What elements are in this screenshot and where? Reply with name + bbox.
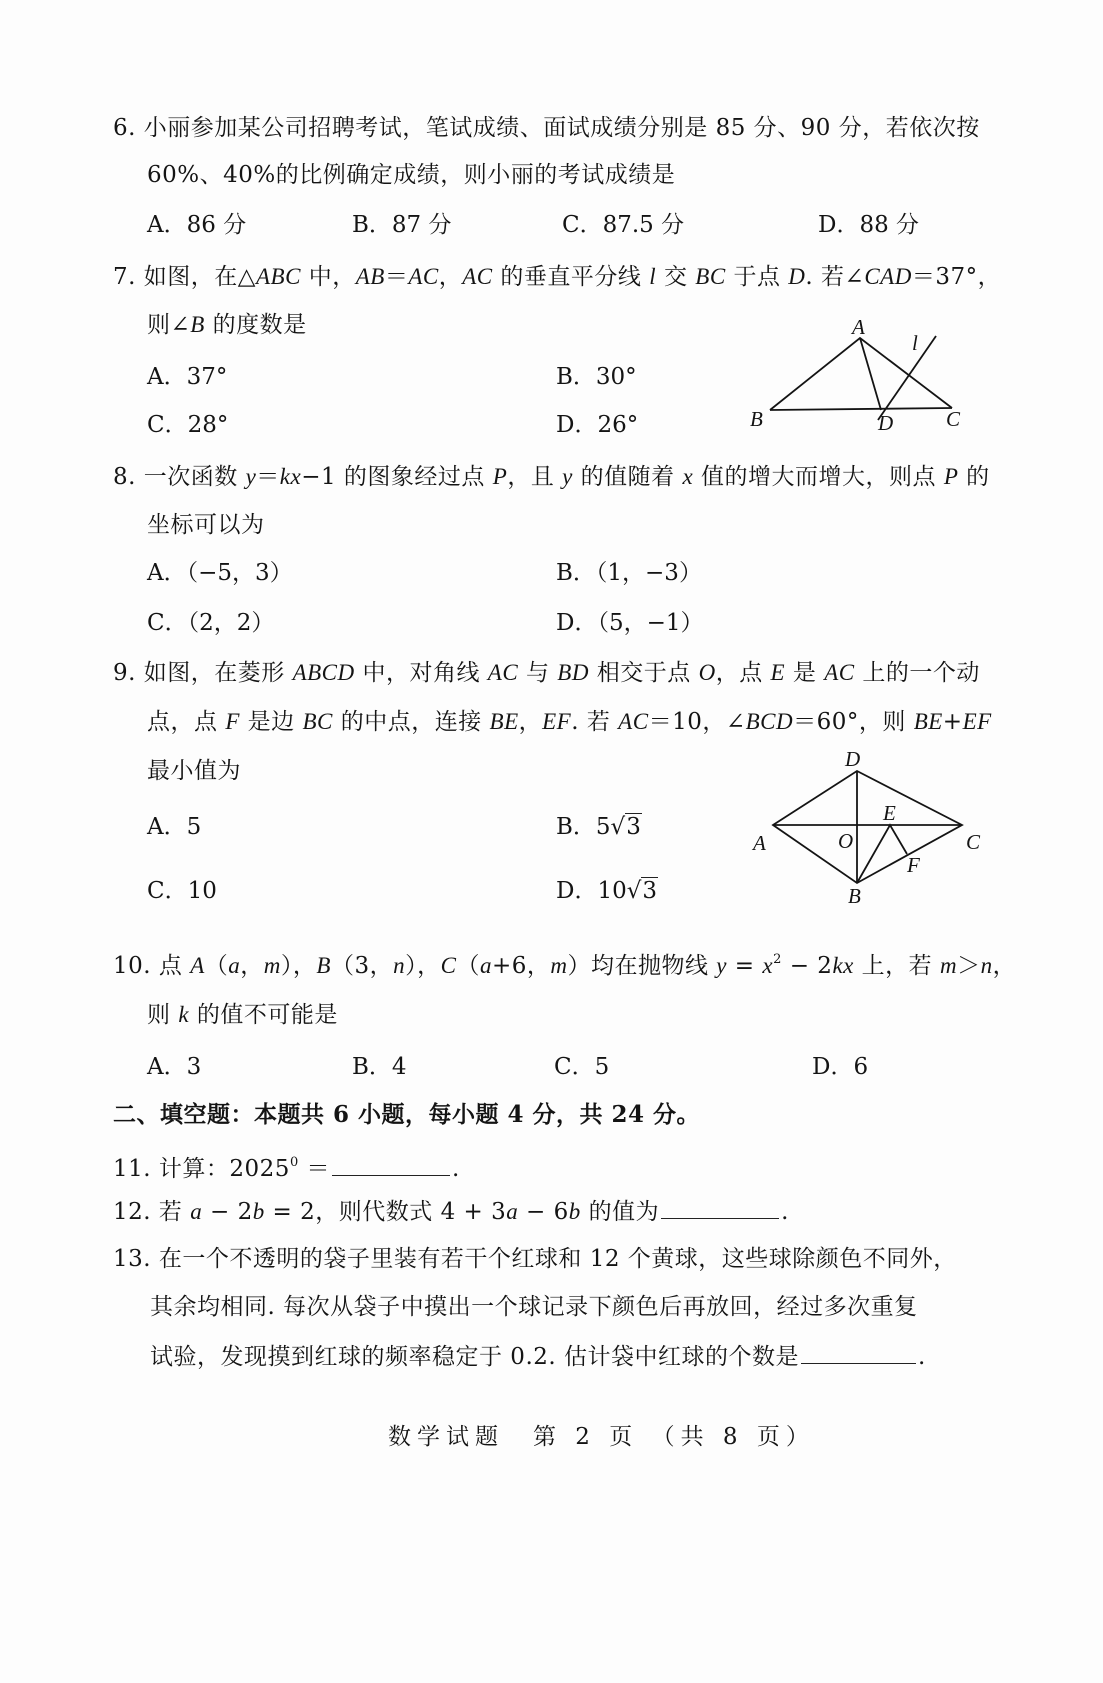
question-text: + bbox=[943, 709, 963, 735]
q9-option-c[interactable]: C．10 bbox=[147, 876, 217, 906]
math-var: AC bbox=[462, 264, 492, 289]
segments-be-ef bbox=[857, 825, 907, 883]
sqrt-symbol: √3 bbox=[611, 812, 642, 842]
question-text: 60%、40%的比例确定成绩，则小丽的考试成绩是 bbox=[147, 162, 675, 188]
question-text: 的中点，连接 bbox=[333, 709, 490, 735]
option-text: （1，−3） bbox=[596, 560, 702, 586]
answer-blank[interactable] bbox=[801, 1341, 916, 1364]
question-text: 的值随着 bbox=[573, 464, 683, 490]
option-label: A． bbox=[147, 364, 187, 390]
option-coefficient: 10 bbox=[597, 878, 626, 904]
option-text: 30° bbox=[596, 364, 637, 390]
math-var: P bbox=[493, 464, 508, 489]
question-text: ＝37°， bbox=[912, 264, 1001, 290]
q10-option-b[interactable]: B．4 bbox=[352, 1052, 407, 1082]
option-label: C． bbox=[147, 610, 188, 636]
triangle-sides-ab-ac bbox=[770, 338, 952, 410]
question-text: 则∠ bbox=[147, 312, 190, 338]
option-text: （−5，3） bbox=[187, 560, 293, 586]
math-var: BCD bbox=[746, 709, 794, 734]
question-number: 13. bbox=[113, 1246, 151, 1272]
q13-line1: 13. 在一个不透明的袋子里装有若干个红球和 12 个黄球，这些球除颜色不同外， bbox=[113, 1244, 957, 1274]
option-label: A． bbox=[147, 1054, 187, 1080]
math-var: B bbox=[190, 312, 205, 337]
question-text: − 2 bbox=[782, 953, 833, 979]
exponent: 0 bbox=[290, 1155, 299, 1170]
radicand: 3 bbox=[625, 813, 642, 840]
question-text: 最小值为 bbox=[147, 758, 241, 784]
q7-line2: 则∠B 的度数是 bbox=[147, 310, 307, 340]
math-var: y bbox=[246, 464, 257, 489]
math-var: b bbox=[253, 1199, 265, 1224]
option-label: A． bbox=[147, 814, 187, 840]
label-c: C bbox=[946, 407, 961, 431]
q8-line1: 8. 一次函数 y＝kx−1 的图象经过点 P，且 y 的值随着 x 值的增大而… bbox=[113, 462, 990, 492]
option-label: A． bbox=[147, 560, 187, 586]
question-text: − 2 bbox=[202, 1199, 253, 1225]
question-text: ＞ bbox=[957, 953, 981, 979]
label-l: l bbox=[912, 331, 918, 355]
question-text: ）， bbox=[405, 953, 441, 979]
question-text: . 若∠ bbox=[805, 264, 864, 290]
question-text: −1 的图象经过点 bbox=[301, 464, 493, 490]
math-var: BD bbox=[557, 660, 589, 685]
question-text: − 6 bbox=[518, 1199, 569, 1225]
question-text: 交 bbox=[656, 264, 695, 290]
question-text: 点 bbox=[159, 953, 190, 979]
label-f: F bbox=[906, 853, 920, 877]
math-var: P bbox=[944, 464, 959, 489]
question-text: +6， bbox=[492, 953, 550, 979]
question-number: 8. bbox=[113, 464, 136, 490]
option-label: C． bbox=[562, 212, 603, 238]
math-var: D bbox=[788, 264, 805, 289]
math-var: ABC bbox=[256, 264, 301, 289]
question-text: （ bbox=[205, 953, 229, 979]
question-text: ， bbox=[519, 709, 543, 735]
q9-option-a[interactable]: A．5 bbox=[147, 812, 201, 842]
math-var: BC bbox=[303, 709, 333, 734]
math-var: m bbox=[550, 953, 567, 978]
segment-ad bbox=[860, 338, 881, 410]
q9-line1: 9. 如图，在菱形 ABCD 中，对角线 AC 与 BD 相交于点 O，点 E … bbox=[113, 658, 980, 688]
math-var: AC bbox=[488, 660, 518, 685]
question-text: 相交于点 bbox=[589, 660, 699, 686]
question-text: 坐标可以为 bbox=[147, 512, 265, 538]
question-text: 点，点 bbox=[147, 709, 225, 735]
q9-line3: 最小值为 bbox=[147, 756, 241, 786]
option-label: B． bbox=[352, 1054, 392, 1080]
label-a: A bbox=[850, 315, 865, 339]
math-var: m bbox=[264, 953, 281, 978]
option-text: （5，−1） bbox=[597, 610, 703, 636]
q8-option-c[interactable]: C．（2，2） bbox=[147, 608, 274, 638]
option-label: D． bbox=[556, 610, 597, 636]
question-text: . bbox=[781, 1199, 789, 1225]
question-text: ，点 bbox=[716, 660, 771, 686]
math-var: a bbox=[480, 953, 492, 978]
option-text: 88 分 bbox=[859, 212, 919, 238]
q10-line1: 10. 点 A（a，m），B（3，n），C（a+6，m）均在抛物线 y = x2… bbox=[113, 945, 1016, 981]
math-var: kx bbox=[280, 464, 301, 489]
math-var: CAD bbox=[864, 264, 912, 289]
q7-triangle-figure: A B C D l bbox=[740, 320, 970, 430]
question-number: 9. bbox=[113, 660, 136, 686]
question-number: 12. bbox=[113, 1199, 151, 1225]
q6-option-a[interactable]: A．86 分 bbox=[147, 210, 246, 240]
q6-option-b[interactable]: B．87 分 bbox=[352, 210, 451, 240]
question-text: ＝10，∠ bbox=[649, 709, 746, 735]
q7-option-b[interactable]: B．30° bbox=[556, 362, 637, 392]
math-var: O bbox=[699, 660, 716, 685]
option-text: 37° bbox=[187, 364, 228, 390]
math-var: EF bbox=[542, 709, 571, 734]
q13-line2: 其余均相同. 每次从袋子中摸出一个球记录下颜色后再放回，经过多次重复 bbox=[150, 1292, 918, 1322]
question-text: 其余均相同. 每次从袋子中摸出一个球记录下颜色后再放回，经过多次重复 bbox=[150, 1294, 918, 1320]
q11-line: 11. 计算：20250 ＝. bbox=[113, 1148, 460, 1184]
math-var: C bbox=[441, 953, 457, 978]
math-var: n bbox=[981, 953, 993, 978]
option-label: B． bbox=[556, 364, 596, 390]
math-var: ABCD bbox=[293, 660, 355, 685]
option-label: D． bbox=[556, 878, 597, 904]
q10-line2: 则 k 的值不可能是 bbox=[147, 1000, 338, 1030]
question-text: ，且 bbox=[507, 464, 562, 490]
math-var: AC bbox=[824, 660, 854, 685]
question-text: ）均在抛物线 bbox=[567, 953, 716, 979]
q7-option-a[interactable]: A．37° bbox=[147, 362, 227, 392]
label-b: B bbox=[750, 407, 763, 431]
question-text: . 若 bbox=[571, 709, 618, 735]
question-text: 则 bbox=[147, 1002, 178, 1028]
q10-option-d[interactable]: D．6 bbox=[812, 1052, 868, 1082]
q8-option-d[interactable]: D．（5，−1） bbox=[556, 608, 704, 638]
question-text: 的 bbox=[958, 464, 989, 490]
q8-option-b[interactable]: B．（1，−3） bbox=[556, 558, 702, 588]
q10-option-c[interactable]: C．5 bbox=[554, 1052, 609, 1082]
math-var: m bbox=[940, 953, 957, 978]
question-text: 的垂直平分线 bbox=[493, 264, 650, 290]
option-text: 87.5 分 bbox=[603, 212, 685, 238]
math-var: AC bbox=[408, 264, 438, 289]
q6-line1: 6. 小丽参加某公司招聘考试，笔试成绩、面试成绩分别是 85 分、90 分，若依… bbox=[113, 113, 980, 143]
math-var: n bbox=[393, 953, 405, 978]
question-text: （ bbox=[456, 953, 480, 979]
option-text: 86 分 bbox=[187, 212, 247, 238]
math-var: EF bbox=[963, 709, 992, 734]
math-var: k bbox=[178, 1002, 189, 1027]
question-number: 6. bbox=[113, 115, 136, 141]
option-text: 3 bbox=[187, 1054, 202, 1080]
label-a: A bbox=[751, 831, 766, 855]
side-bc bbox=[770, 408, 952, 410]
question-text: ＝ bbox=[256, 464, 280, 490]
label-o: O bbox=[838, 829, 853, 853]
question-text: 值的增大而增大，则点 bbox=[693, 464, 944, 490]
option-text: 87 分 bbox=[392, 212, 452, 238]
question-text: 若 bbox=[159, 1199, 190, 1225]
q9-rhombus-figure: D A C O E F B bbox=[755, 758, 975, 908]
question-text: 计算：2025 bbox=[159, 1156, 290, 1182]
question-text: . bbox=[918, 1344, 926, 1370]
q8-option-a[interactable]: A．（−5，3） bbox=[147, 558, 293, 588]
answer-blank[interactable] bbox=[332, 1153, 450, 1176]
option-text: （2，2） bbox=[188, 610, 275, 636]
label-c: C bbox=[966, 830, 981, 854]
math-var: BE bbox=[490, 709, 519, 734]
math-var: AC bbox=[618, 709, 648, 734]
option-label: A． bbox=[147, 212, 187, 238]
option-label: B． bbox=[556, 814, 596, 840]
option-label: C． bbox=[554, 1054, 595, 1080]
math-var: x bbox=[762, 953, 773, 978]
option-label: D． bbox=[556, 412, 597, 438]
option-text: 5 bbox=[595, 1054, 610, 1080]
label-d: D bbox=[844, 747, 860, 771]
question-text: 如图，在菱形 bbox=[144, 660, 293, 686]
math-var: a bbox=[190, 1199, 202, 1224]
question-text: ＝ bbox=[385, 264, 409, 290]
question-text: ， bbox=[439, 264, 463, 290]
label-b: B bbox=[848, 884, 861, 908]
question-text: 试验，发现摸到红球的频率稳定于 0.2. 估计袋中红球的个数是 bbox=[150, 1344, 799, 1370]
q7-option-d[interactable]: D．26° bbox=[556, 410, 638, 440]
label-d: D bbox=[877, 411, 893, 435]
math-var: y bbox=[716, 953, 727, 978]
question-text: 于点 bbox=[726, 264, 789, 290]
math-var: AB bbox=[356, 264, 385, 289]
question-text: （3， bbox=[331, 953, 393, 979]
math-var: kx bbox=[832, 953, 853, 978]
q13-line3: 试验，发现摸到红球的频率稳定于 0.2. 估计袋中红球的个数是. bbox=[150, 1341, 926, 1372]
question-text: ， bbox=[993, 953, 1017, 979]
question-text: 中， bbox=[301, 264, 356, 290]
question-text: 如图，在△ bbox=[144, 264, 256, 290]
math-var: b bbox=[569, 1199, 581, 1224]
question-number: 10. bbox=[113, 953, 151, 979]
radicand: 3 bbox=[641, 877, 658, 904]
section-heading-fill-in-the-blank: 二、填空题：本题共 6 小题，每小题 4 分，共 24 分。 bbox=[113, 1100, 700, 1130]
page-footer: 数学试题 第 2 页 （共 8 页） bbox=[388, 1418, 815, 1451]
math-var: BE bbox=[914, 709, 943, 734]
question-text: 中，对角线 bbox=[355, 660, 488, 686]
question-text: ＝ bbox=[299, 1156, 330, 1182]
question-text: ）， bbox=[281, 953, 317, 979]
option-text: 5 bbox=[187, 814, 202, 840]
option-label: C． bbox=[147, 412, 188, 438]
math-var: a bbox=[228, 953, 240, 978]
math-var: y bbox=[562, 464, 573, 489]
option-label: D． bbox=[818, 212, 859, 238]
option-label: B． bbox=[556, 560, 596, 586]
question-text: ， bbox=[240, 953, 264, 979]
option-text: 10 bbox=[188, 878, 217, 904]
question-text: 一次函数 bbox=[144, 464, 246, 490]
math-var: a bbox=[506, 1199, 518, 1224]
footer-text: 数学试题 第 2 页 （共 8 页） bbox=[388, 1424, 815, 1450]
math-var: F bbox=[225, 709, 240, 734]
question-text: = bbox=[727, 953, 762, 979]
option-label: C． bbox=[147, 878, 188, 904]
question-text: 的值不可能是 bbox=[189, 1002, 338, 1028]
question-text: 是 bbox=[785, 660, 824, 686]
math-var: B bbox=[316, 953, 331, 978]
question-text: 的值为 bbox=[581, 1199, 659, 1225]
q9-option-d[interactable]: D．10√3 bbox=[556, 876, 658, 906]
question-text: . bbox=[452, 1156, 460, 1182]
option-text: 26° bbox=[597, 412, 638, 438]
sqrt-symbol: √3 bbox=[627, 876, 658, 906]
option-text: 28° bbox=[188, 412, 229, 438]
question-text: 是边 bbox=[240, 709, 303, 735]
option-coefficient: 5 bbox=[596, 814, 611, 840]
question-text: 在一个不透明的袋子里装有若干个红球和 12 个黄球，这些球除颜色不同外， bbox=[159, 1246, 957, 1272]
label-e: E bbox=[882, 801, 896, 825]
q6-option-d[interactable]: D．88 分 bbox=[818, 210, 919, 240]
question-text: 与 bbox=[518, 660, 557, 686]
question-text: 小丽参加某公司招聘考试，笔试成绩、面试成绩分别是 85 分、90 分，若依次按 bbox=[144, 115, 980, 141]
question-number: 7. bbox=[113, 264, 136, 290]
answer-blank[interactable] bbox=[661, 1196, 779, 1219]
question-text: 的度数是 bbox=[205, 312, 307, 338]
question-text: ＝60°，则 bbox=[793, 709, 914, 735]
option-label: B． bbox=[352, 212, 392, 238]
question-text: 上的一个动 bbox=[855, 660, 980, 686]
math-var: BC bbox=[695, 264, 725, 289]
q8-line2: 坐标可以为 bbox=[147, 510, 265, 540]
option-text: 4 bbox=[392, 1054, 407, 1080]
q6-option-c[interactable]: C．87.5 分 bbox=[562, 210, 684, 240]
math-var: E bbox=[771, 660, 786, 685]
question-number: 11. bbox=[113, 1156, 151, 1182]
option-text: 6 bbox=[853, 1054, 868, 1080]
q7-line1: 7. 如图，在△ABC 中，AB＝AC，AC 的垂直平分线 l 交 BC 于点 … bbox=[113, 262, 1001, 292]
math-var: A bbox=[190, 953, 205, 978]
question-text: 上，若 bbox=[854, 953, 940, 979]
q7-option-c[interactable]: C．28° bbox=[147, 410, 228, 440]
question-text: = 2，则代数式 4 + 3 bbox=[265, 1199, 507, 1225]
exponent: 2 bbox=[773, 952, 782, 967]
q6-line2: 60%、40%的比例确定成绩，则小丽的考试成绩是 bbox=[147, 160, 675, 190]
q9-option-b[interactable]: B．5√3 bbox=[556, 812, 642, 842]
math-var: x bbox=[682, 464, 693, 489]
option-label: D． bbox=[812, 1054, 853, 1080]
section-heading-text: 二、填空题：本题共 6 小题，每小题 4 分，共 24 分。 bbox=[113, 1101, 700, 1128]
q10-option-a[interactable]: A．3 bbox=[147, 1052, 201, 1082]
q9-line2: 点，点 F 是边 BC 的中点，连接 BE，EF. 若 AC＝10，∠BCD＝6… bbox=[147, 707, 992, 737]
q12-line: 12. 若 a − 2b = 2，则代数式 4 + 3a − 6b 的值为. bbox=[113, 1196, 789, 1227]
